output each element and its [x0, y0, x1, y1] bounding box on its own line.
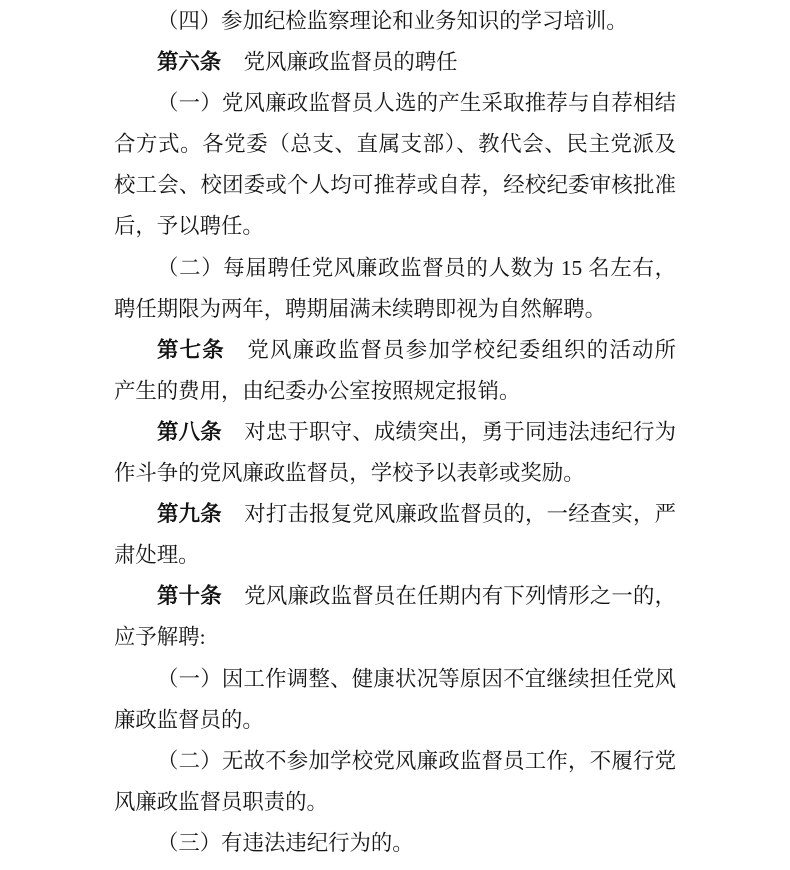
line-text: 党风廉政监督员参加学校纪委组织的活动所 — [247, 338, 676, 362]
article-heading-line: 第九条对打击报复党风廉政监督员的，一经查实，严 — [114, 494, 676, 535]
article-heading-line: 第七条党风廉政监督员参加学校纪委组织的活动所 — [114, 330, 676, 371]
line-text: （二）无故不参加学校党风廉政监督员工作，不履行党 — [157, 749, 676, 773]
line-text: 风廉政监督员职责的。 — [114, 790, 328, 814]
line-text: 对打击报复党风廉政监督员的，一经查实，严 — [244, 502, 676, 526]
paragraph-line: 风廉政监督员职责的。 — [114, 782, 676, 823]
paragraph-line: （一）因工作调整、健康状况等原因不宜继续担任党风 — [114, 659, 676, 700]
line-text: 廉政监督员的。 — [114, 708, 264, 732]
line-text: 对忠于职守、成绩突出，勇于同违法违纪行为 — [244, 420, 676, 444]
line-text: （一）党风廉政监督员人选的产生采取推荐与自荐相结 — [157, 91, 676, 115]
line-text: 后，予以聘任。 — [114, 214, 264, 238]
line-text: 肃处理。 — [114, 543, 200, 567]
paragraph-line: 应予解聘: — [114, 617, 676, 658]
article-number: 第八条 — [157, 420, 222, 444]
article-number: 第六条 — [157, 50, 221, 74]
paragraph-line: 廉政监督员的。 — [114, 700, 676, 741]
paragraph-line: 校工会、校团委或个人均可推荐或自荐，经校纪委审核批准 — [114, 165, 676, 206]
article-heading-line: 第八条对忠于职守、成绩突出，勇于同违法违纪行为 — [114, 412, 676, 453]
paragraph-line: （三）有违法违纪行为的。 — [114, 823, 676, 864]
line-text: （二）每届聘任党风廉政监督员的人数为 15 名左右， — [157, 256, 676, 280]
article-number: 第十条 — [157, 584, 222, 608]
paragraph-line: 合方式。各党委（总支、直属支部）、教代会、民主党派及 — [114, 124, 676, 165]
paragraph-line: 产生的费用，由纪委办公室按照规定报销。 — [114, 371, 676, 412]
article-title: 党风廉政监督员的聘任 — [244, 50, 458, 74]
article-number: 第七条 — [157, 338, 225, 362]
article-heading-line: 第十条党风廉政监督员在任期内有下列情形之一的， — [114, 576, 676, 617]
document-page: （四）参加纪检监察理论和业务知识的学习培训。 第六条党风廉政监督员的聘任 （一）… — [0, 0, 790, 870]
article-heading-line: 第六条党风廉政监督员的聘任 — [114, 42, 676, 83]
line-text: 校工会、校团委或个人均可推荐或自荐，经校纪委审核批准 — [114, 173, 676, 197]
line-text: （三）有违法违纪行为的。 — [157, 831, 414, 855]
paragraph-line: （一）党风廉政监督员人选的产生采取推荐与自荐相结 — [114, 83, 676, 124]
paragraph-line: 后，予以聘任。 — [114, 206, 676, 247]
line-text: 合方式。各党委（总支、直属支部）、教代会、民主党派及 — [114, 132, 676, 156]
document-body: （四）参加纪检监察理论和业务知识的学习培训。 第六条党风廉政监督员的聘任 （一）… — [114, 1, 676, 864]
paragraph-line: （二）无故不参加学校党风廉政监督员工作，不履行党 — [114, 741, 676, 782]
line-text: 作斗争的党风廉政监督员，学校予以表彰或奖励。 — [114, 461, 585, 485]
paragraph-line: （四）参加纪检监察理论和业务知识的学习培训。 — [114, 1, 676, 42]
article-number: 第九条 — [157, 502, 222, 526]
line-text: （四）参加纪检监察理论和业务知识的学习培训。 — [157, 9, 628, 33]
line-text: 党风廉政监督员在任期内有下列情形之一的， — [244, 584, 676, 608]
line-text: 产生的费用，由纪委办公室按照规定报销。 — [114, 379, 520, 403]
line-text: 聘任期限为两年，聘期届满未续聘即视为自然解聘。 — [114, 297, 606, 321]
paragraph-line: 聘任期限为两年，聘期届满未续聘即视为自然解聘。 — [114, 289, 676, 330]
paragraph-line: （二）每届聘任党风廉政监督员的人数为 15 名左右， — [114, 248, 676, 289]
paragraph-line: 肃处理。 — [114, 535, 676, 576]
line-text: 应予解聘: — [114, 625, 206, 649]
paragraph-line: 作斗争的党风廉政监督员，学校予以表彰或奖励。 — [114, 453, 676, 494]
line-text: （一）因工作调整、健康状况等原因不宜继续担任党风 — [157, 667, 676, 691]
